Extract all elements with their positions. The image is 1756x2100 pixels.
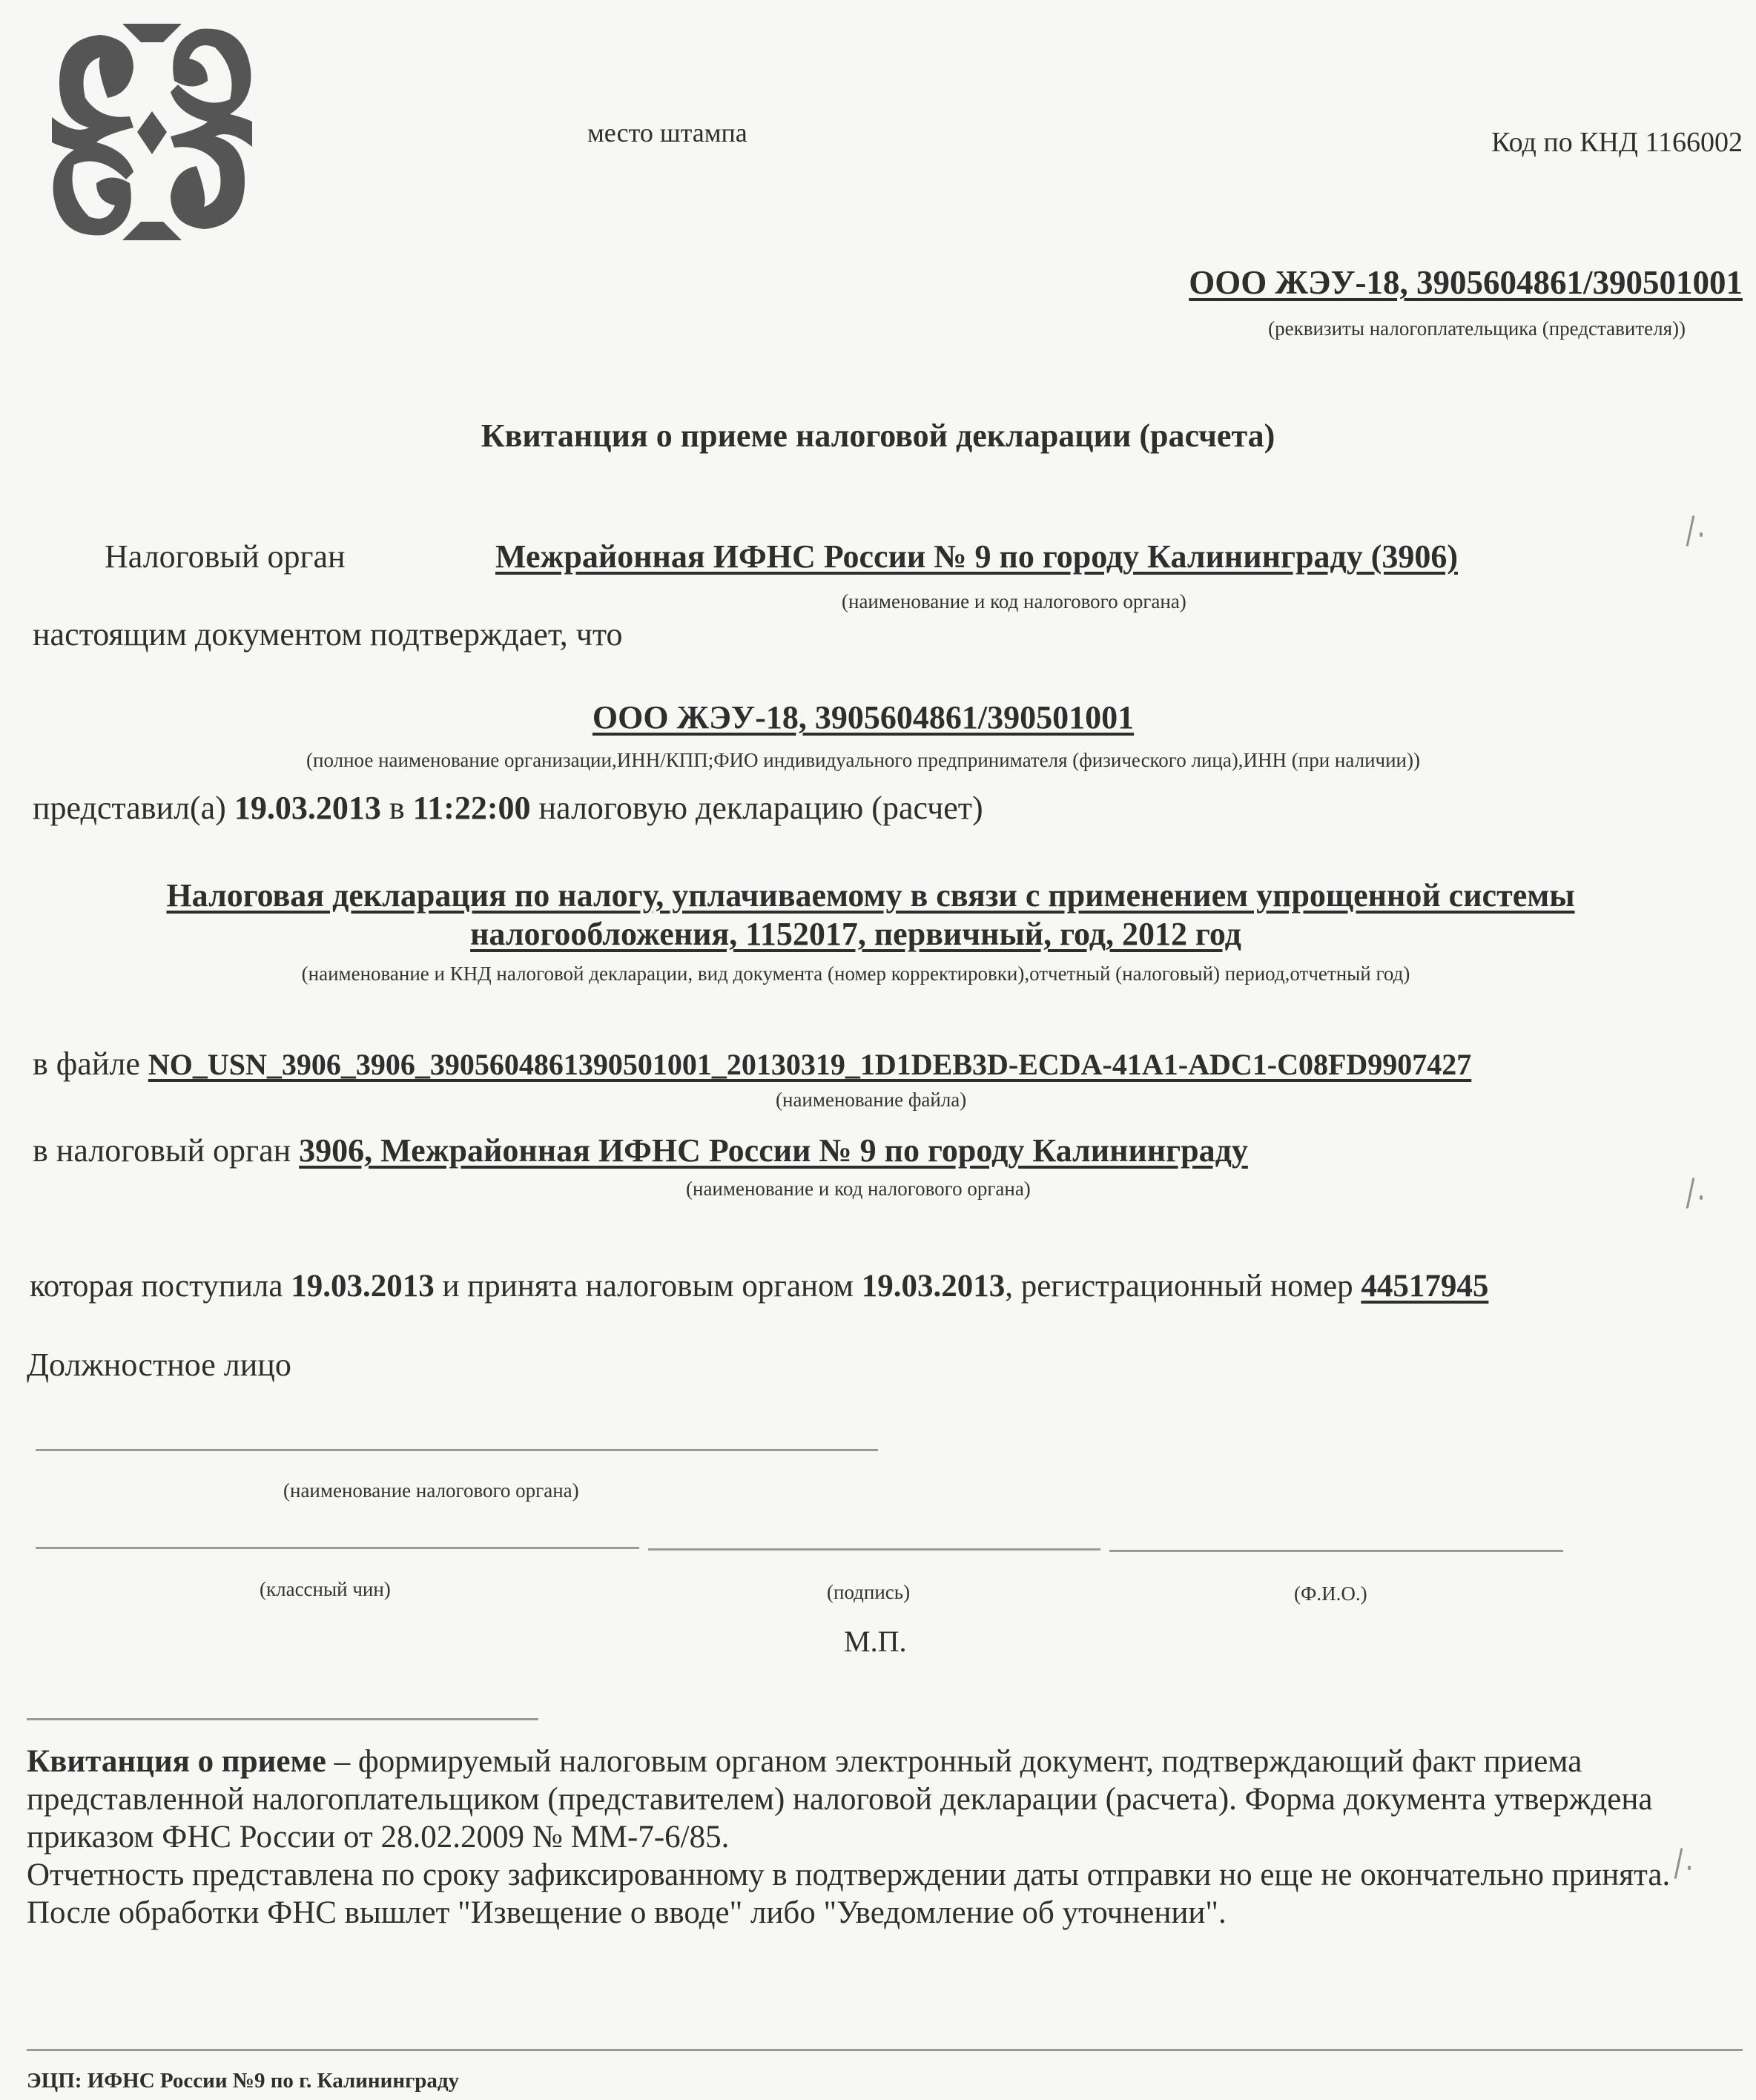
name-caption: (Ф.И.О.) — [1294, 1582, 1367, 1605]
taxpayer-details: ООО ЖЭУ-18, 3905604861/390501001 — [1189, 263, 1743, 302]
ornamental-logo-icon — [44, 24, 260, 240]
authority-caption: (наименование налогового органа) — [283, 1479, 579, 1502]
tax-authority-value: Межрайонная ИФНС России № 9 по городу Ка… — [495, 538, 1458, 575]
note-separator — [27, 1718, 538, 1720]
destination-value: 3906, Межрайонная ИФНС России № 9 по гор… — [299, 1132, 1248, 1169]
pen-mark-icon — [1686, 1178, 1695, 1209]
receipt-text-2: и принята налоговым органом — [442, 1269, 854, 1304]
submitted-suffix: налоговую декларацию (расчет) — [539, 790, 983, 826]
signature-line — [648, 1548, 1100, 1551]
declaration-line-2: налогообложения, 1152017, первичный, год… — [0, 915, 1734, 953]
receipt-text-1: которая поступила — [30, 1269, 283, 1304]
submitted-at: в — [389, 790, 405, 826]
destination-prefix: в налоговый орган — [33, 1132, 291, 1169]
accepted-date: 19.03.2013 — [862, 1269, 1006, 1304]
file-caption: (наименование файла) — [776, 1089, 966, 1112]
signature-caption: (подпись) — [827, 1581, 910, 1604]
name-line — [1109, 1550, 1563, 1552]
file-name: NO_USN_3906_3906_3905604861390501001_201… — [148, 1048, 1471, 1081]
registration-number: 44517945 — [1361, 1269, 1488, 1304]
digital-signature: ЭЦП: ИФНС России №9 по г. Калининграду — [27, 2069, 459, 2093]
pen-dot-icon — [1688, 1866, 1691, 1870]
receipt-line: которая поступила 19.03.2013 и принята н… — [30, 1268, 1488, 1304]
tax-authority-caption: (наименование и код налогового органа) — [842, 590, 1186, 613]
page-title: Квитанция о приеме налоговой декларации … — [0, 417, 1756, 455]
seal-place: М.П. — [844, 1624, 906, 1659]
submitted-time: 11:22:00 — [413, 790, 531, 826]
official-label: Должностное лицо — [27, 1346, 291, 1384]
rank-caption: (классный чин) — [260, 1578, 391, 1601]
knd-code: Код по КНД 1166002 — [1491, 126, 1743, 159]
tax-authority-label: Налоговый орган — [105, 538, 346, 575]
submitted-date: 19.03.2013 — [234, 790, 381, 826]
note-paragraph-1: Квитанция о приеме – формируемый налогов… — [27, 1743, 1755, 1856]
submitted-line: представил(а) 19.03.2013 в 11:22:00 нало… — [33, 789, 983, 827]
declaration-line-1: Налоговая декларация по налогу, уплачива… — [0, 876, 1749, 914]
confirms-text: настоящим документом подтверждает, что — [33, 615, 623, 653]
organization-value: ООО ЖЭУ-18, 3905604861/390501001 — [0, 699, 1741, 736]
destination-line: в налоговый орган 3906, Межрайонная ИФНС… — [33, 1132, 1248, 1169]
received-date: 19.03.2013 — [291, 1269, 435, 1304]
stamp-place-label: место штампа — [587, 117, 747, 148]
pen-mark-icon — [1686, 515, 1695, 547]
declaration-caption: (наименование и КНД налоговой декларации… — [0, 962, 1734, 985]
note-bold-lead: Квитанция о приеме — [27, 1744, 326, 1779]
receipt-text-3: , регистрационный номер — [1005, 1269, 1353, 1304]
footer-separator — [27, 2049, 1743, 2051]
file-prefix: в файле — [33, 1046, 140, 1082]
rank-line — [36, 1547, 639, 1549]
pen-dot-icon — [1700, 532, 1703, 537]
authority-signature-line — [36, 1449, 878, 1451]
organization-caption: (полное наименование организации,ИНН/КПП… — [0, 749, 1741, 772]
receipt-note: Квитанция о приеме – формируемый налогов… — [27, 1743, 1755, 1932]
file-line: в файле NO_USN_3906_3906_390560486139050… — [33, 1045, 1471, 1083]
destination-caption: (наименование и код налогового органа) — [686, 1178, 1031, 1201]
note-paragraph-2: Отчетность представлена по сроку зафикси… — [27, 1856, 1755, 1932]
taxpayer-caption: (реквизиты налогоплательщика (представит… — [1268, 317, 1686, 340]
pen-dot-icon — [1700, 1195, 1703, 1200]
submitted-prefix: представил(а) — [33, 790, 226, 826]
